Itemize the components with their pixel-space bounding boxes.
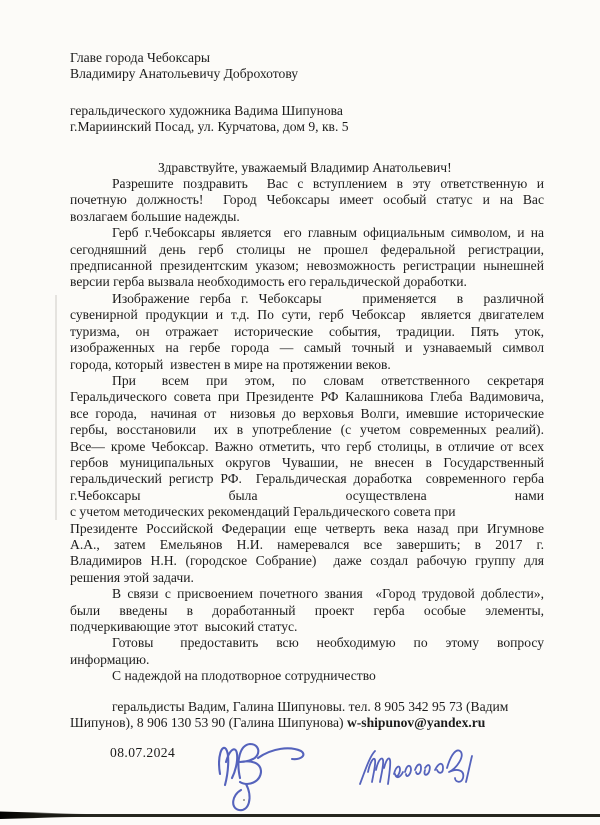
greeting-line: Здравствуйте, уважаемый Владимир Анатоль…	[70, 160, 544, 176]
recipient-block: Главе города Чебоксары Владимиру Анатоль…	[70, 50, 544, 83]
paragraph: При всем при этом, по словам ответственн…	[70, 373, 544, 586]
scan-streak-artifact	[55, 295, 57, 520]
text-line: Владимиров Н.Н. (городское Собрание) даж…	[70, 553, 544, 569]
text-line: Готовы предоставить всю необходимую по э…	[70, 635, 544, 651]
date-text: 08.07.2024	[110, 745, 544, 761]
text-line: Изображение герба г. Чебоксары применяет…	[70, 291, 544, 307]
paragraph: Герб г.Чебоксары является его главным оф…	[70, 225, 544, 291]
sender-block: геральдического художника Вадима Шипунов…	[70, 103, 544, 136]
text-line: подчеркивающие этот высокий статус.	[70, 619, 544, 635]
text-line: Геральдического совета при Президенте РФ…	[70, 389, 544, 405]
text-line: сувенирной продукции и т.д. По сути, гер…	[70, 307, 544, 323]
text-line: гербы, восстановили их в употребление (с…	[70, 422, 544, 438]
text-line: все города, начиная от низовья до верхов…	[70, 406, 544, 422]
paragraph: С надеждой на плодотворное сотрудничеств…	[70, 668, 544, 684]
text-line: В связи с присвоением почетного звания «…	[70, 586, 544, 602]
paragraph: В связи с присвоением почетного звания «…	[70, 586, 544, 635]
scan-speck-artifact	[243, 799, 245, 801]
contact-block: геральдисты Вадим, Галина Шипуновы. тел.…	[70, 699, 544, 732]
contact-phones-text: Шипунов), 8 906 130 53 90 (Галина Шипуно…	[70, 715, 347, 730]
text-line: Все— кроме Чебоксар. Важно отметить, что…	[70, 439, 544, 455]
letter-body: Главе города Чебоксары Владимиру Анатоль…	[70, 50, 544, 762]
text-line: города, который известен в мире на протя…	[70, 357, 544, 373]
text-line: При всем при этом, по словам ответственн…	[70, 373, 544, 389]
text-line: информацию.	[70, 652, 544, 668]
paragraph: Разрешите поздравить Вас с вступлением в…	[70, 176, 544, 225]
paragraph: Изображение герба г. Чебоксары применяет…	[70, 291, 544, 373]
text-line: изображенных на гербе города — самый точ…	[70, 340, 544, 356]
contact-line: геральдисты Вадим, Галина Шипуновы. тел.…	[70, 699, 544, 715]
recipient-line: Главе города Чебоксары	[70, 50, 544, 66]
paragraph: Готовы предоставить всю необходимую по э…	[70, 635, 544, 668]
text-line: сегодняшний день герб столицы не прошел …	[70, 242, 544, 258]
contact-line: Шипунов), 8 906 130 53 90 (Галина Шипуно…	[70, 715, 544, 731]
text-line: предписанной президентским указом; невоз…	[70, 258, 544, 274]
text-line: Герб г.Чебоксары является его главным оф…	[70, 225, 544, 241]
text-line: г.Чебоксары была осуществлена нами	[70, 488, 544, 504]
recipient-line: Владимиру Анатольевичу Доброхотову	[70, 66, 544, 82]
text-line: Разрешите поздравить Вас с вступлением в…	[70, 176, 544, 192]
text-line: геральдический регистр РФ. Геральдическа…	[70, 471, 544, 487]
text-line: были введены в доработанный проект герба…	[70, 603, 544, 619]
closing-line: С надеждой на плодотворное сотрудничеств…	[70, 668, 544, 684]
sender-line: г.Мариинский Посад, ул. Курчатова, дом 9…	[70, 119, 544, 135]
scan-edge-wedge	[0, 809, 95, 819]
text-line: с учетом методических рекомендаций Герал…	[70, 504, 544, 520]
text-line: версии герба вызвала необходимость его г…	[70, 274, 544, 290]
text-line: туризма, он отражает исторические событи…	[70, 324, 544, 340]
email-text: w-shipunov@yandex.ru	[347, 715, 485, 730]
text-line: почетную должность! Город Чебоксары имее…	[70, 192, 544, 208]
text-line: возлагаем большие надежды.	[70, 209, 544, 225]
text-line: А.А., затем Емельянов Н.И. намеревался в…	[70, 537, 544, 553]
text-line: решения этой задачи.	[70, 570, 544, 586]
text-line: Президенте Российской Федерации еще четв…	[70, 521, 544, 537]
sender-line: геральдического художника Вадима Шипунов…	[70, 103, 544, 119]
scanned-letter-page: Главе города Чебоксары Владимиру Анатоль…	[0, 0, 600, 825]
text-line: гербов муниципальных округов Чувашии, не…	[70, 455, 544, 471]
